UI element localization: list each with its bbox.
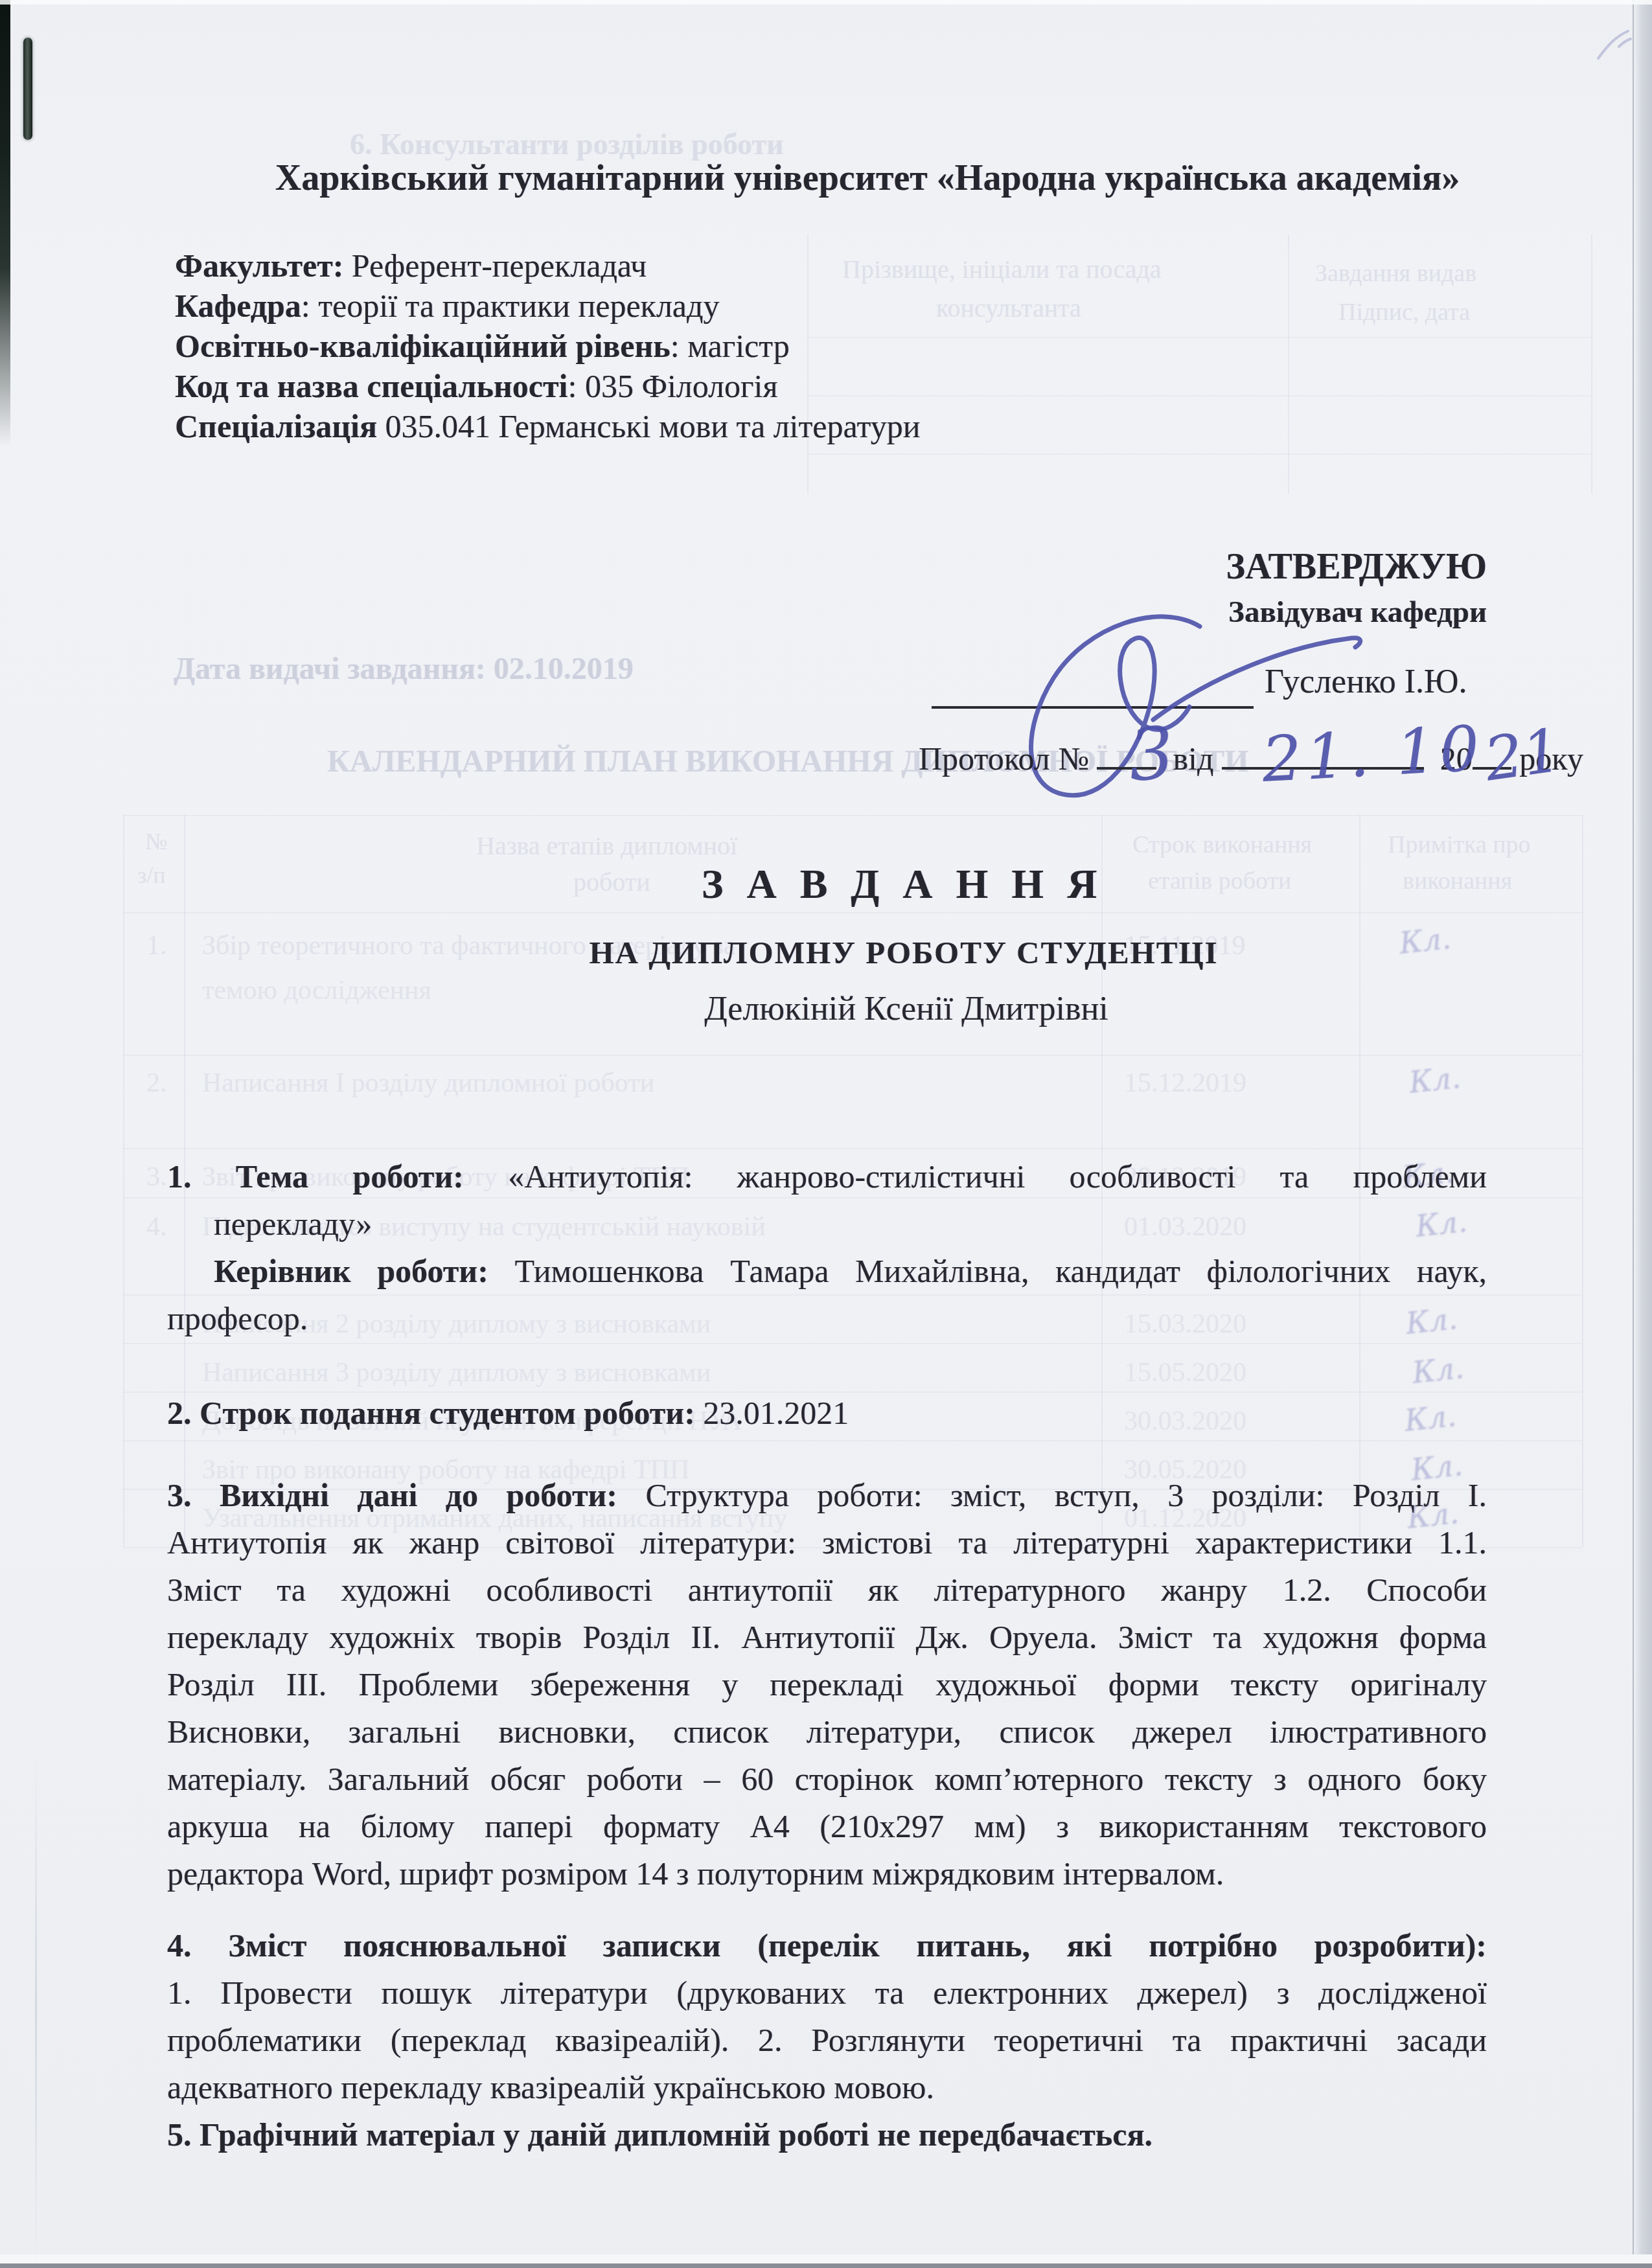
bleedthrough-table-line: [1591, 235, 1592, 494]
body-line: 1. Провести пошук літератури (друкованих…: [167, 1975, 1487, 2012]
bleedthrough-text: 2.: [146, 1068, 167, 1099]
pen-mark-icon: [1590, 25, 1636, 70]
handwritten-entry: 21. 10: [1260, 712, 1485, 796]
bleedthrough-text: 3.: [146, 1162, 167, 1193]
body-line: 1. Тема роботи: «Антиутопія: жанрово-сти…: [167, 1158, 1487, 1196]
bleedthrough-table-line: [123, 1148, 1582, 1149]
info-line: Освітньо-кваліфікаційний рівень: магістр: [175, 328, 1487, 365]
body-line: Розділ ІІІ. Проблеми збереження у перекл…: [167, 1666, 1487, 1704]
body-line: Висновки, загальні висновки, список літе…: [167, 1713, 1487, 1751]
bleedthrough-text: Примітка про: [1388, 830, 1531, 859]
body-line: 3. Вихідні дані до роботи: Структура роб…: [167, 1477, 1487, 1515]
bleedthrough-text: Дата видачі завдання: 02.10.2019: [174, 651, 634, 687]
bleedthrough-text: 15.05.2020: [1124, 1357, 1246, 1388]
bleedthrough-table-line: [1582, 815, 1583, 1547]
body-line: професор.: [167, 1300, 1487, 1338]
bleedthrough-table-line: [123, 815, 124, 1547]
handwritten-entry: 3: [1125, 711, 1178, 797]
body-line: Керівник роботи: Тимошенкова Тамара Миха…: [214, 1253, 1487, 1290]
staple-mark: [23, 38, 32, 140]
bleedthrough-table-line: [807, 453, 1591, 455]
body-line: перекладу художніх творів Розділ ІІ. Ант…: [167, 1619, 1487, 1656]
bleedthrough-table-line: [123, 1294, 1582, 1296]
info-line: Код та назва спеціальності: 035 Філологі…: [175, 368, 1487, 406]
bleedthrough-table-line: [123, 1440, 1582, 1441]
bleedthrough-table-line: [123, 1197, 1582, 1198]
body-line: аркуша на білому папері формату А4 (210х…: [167, 1808, 1487, 1846]
university-name: Харківський гуманітарний університет «На…: [275, 158, 1460, 198]
bleedthrough-text: Назва етапів дипломної: [476, 830, 737, 861]
scan-edge-bottom: [0, 2254, 1652, 2268]
bleedthrough-text: №: [145, 828, 167, 855]
approve-label: ЗАТВЕРДЖУЮ: [777, 546, 1487, 588]
bleedthrough-table-line: [123, 912, 1582, 913]
body-line: редактора Word, шрифт розміром 14 з полу…: [167, 1855, 1487, 1893]
info-line: Спеціалізація 035.041 Германські мови та…: [175, 408, 1487, 446]
bleedthrough-text: Написання І розділу дипломної роботи: [202, 1068, 654, 1099]
bleedthrough-signature: Кл.: [1410, 1350, 1465, 1390]
assignment-title: З А В Д А Н Н Я: [0, 860, 1652, 908]
bleedthrough-text: 6. Консультанти розділів роботи: [350, 127, 784, 161]
handwritten-entry: 21: [1480, 715, 1565, 794]
vid-label: від: [1173, 740, 1213, 777]
bleedthrough-table-line: [123, 1343, 1582, 1344]
bleedthrough-text: Написання 3 розділу диплому з висновками: [202, 1357, 711, 1388]
scan-edge-top: [0, 0, 1652, 5]
bleedthrough-text: 15.12.2019: [1124, 1068, 1246, 1099]
scan-edge-left: [0, 0, 10, 447]
scan-edge-right: [1633, 0, 1652, 2268]
assignment-subtitle: НА ДИПЛОМНУ РОБОТУ СТУДЕНТЦІ: [0, 934, 1652, 971]
body-line: матеріалу. Загальний обсяг роботи – 60 с…: [167, 1761, 1487, 1798]
body-line: перекладу»: [214, 1206, 1487, 1243]
body-line: 5. Графічний матеріал у даній дипломній …: [167, 2116, 1487, 2154]
body-line: проблематики (переклад квазіреалій). 2. …: [167, 2022, 1487, 2059]
bleedthrough-signature: Кл.: [1407, 1060, 1462, 1100]
body-line: Антиутопія як жанр світової літератури: …: [167, 1524, 1487, 1562]
body-line: адекватного перекладу квазіреалій україн…: [167, 2069, 1487, 2107]
body-line: Зміст та художні особливості антиутопії …: [167, 1572, 1487, 1609]
info-line: Кафедра: теорії та практики перекладу: [175, 288, 1487, 325]
bleedthrough-table-line: [123, 1392, 1582, 1393]
university-header: Харківський гуманітарний університет «На…: [0, 157, 1652, 199]
scanned-document-page: 6. Консультанти розділів роботиПрізвище,…: [0, 0, 1652, 2268]
paper-crease: [35, 1749, 37, 2267]
info-line: Факультет: Референт-перекладач: [175, 247, 1487, 285]
body-line: 4. Зміст пояснювальної записки (перелік …: [167, 1927, 1487, 1965]
student-name: Делюкіній Ксенії Дмитрівні: [0, 990, 1652, 1028]
bleedthrough-table-line: [123, 1055, 1582, 1056]
protocol-label: Протокол №: [919, 740, 1089, 777]
bleedthrough-text: Строк виконання: [1132, 830, 1312, 859]
bleedthrough-text: 4.: [146, 1211, 167, 1243]
body-line: 2. Строк подання студентом роботи: 23.01…: [167, 1395, 1487, 1432]
